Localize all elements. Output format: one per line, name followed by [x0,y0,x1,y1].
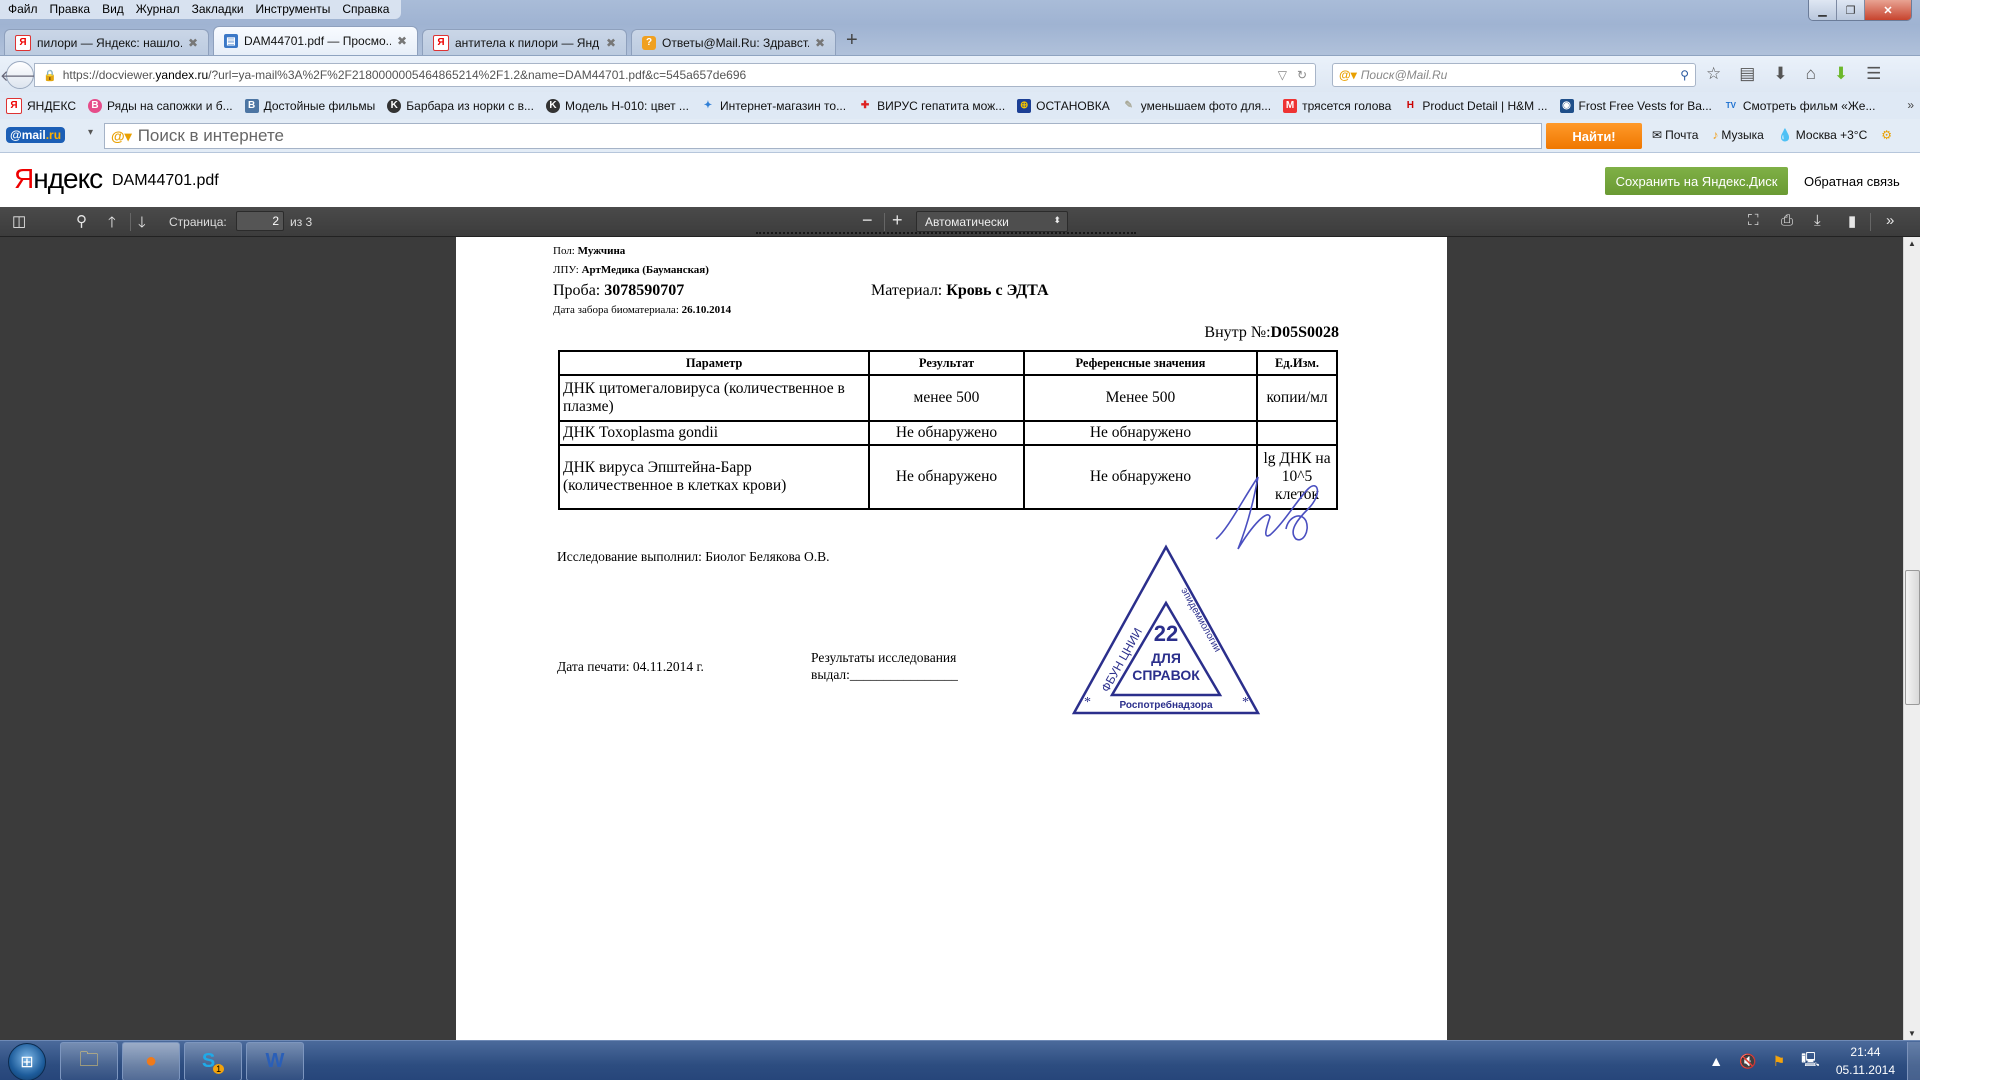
volume-muted-icon[interactable]: 🔇 [1739,1053,1756,1070]
chevron-down-icon[interactable]: ▾ [88,127,93,138]
mail-link[interactable]: ✉Почта [1652,128,1698,142]
feather-icon: ✎ [1122,99,1136,113]
close-tab-icon[interactable]: ✖ [606,36,616,50]
menu-bar: Файл Правка Вид Журнал Закладки Инструме… [0,0,401,19]
music-link[interactable]: ♪Музыка [1712,128,1763,142]
svg-text:СПРАВОК: СПРАВОК [1132,667,1200,683]
new-tab-button[interactable]: + [846,29,858,55]
tv-icon: TV [1724,99,1738,113]
start-button[interactable]: ⊞ [8,1043,46,1080]
close-tab-icon[interactable]: ✖ [188,36,198,50]
mailru-toolbar: @mail.ru ▾ @▾ Поиск в интернете Найти! ✉… [0,119,1920,153]
more-bookmarks-icon[interactable]: » [1907,98,1914,112]
collection-date-line: Дата забора биоматериала: 26.10.2014 [553,304,731,316]
mailru-logo[interactable]: @mail.ru [6,127,65,143]
restore-button[interactable]: ❐ [1837,0,1865,20]
window-titlebar: Файл Правка Вид Журнал Закладки Инструме… [0,0,1920,62]
issued-by: Результаты исследования выдал:__________… [811,649,958,683]
downloads-icon[interactable]: ⬇ [1773,64,1787,84]
internal-number: Внутр №:D05S0028 [1204,324,1339,342]
address-bar[interactable]: 🔒 https://docviewer.yandex.ru/?url=ya-ma… [34,63,1316,87]
svg-text:ДЛЯ: ДЛЯ [1151,650,1181,666]
show-desktop-button[interactable] [1907,1042,1920,1080]
bookmark-item[interactable]: HProduct Detail | H&M ... [1403,99,1547,113]
bookmark-item[interactable]: ✦Интернет-магазин то... [701,99,846,113]
scroll-up-icon: ▲ [1908,239,1916,248]
yandex-logo[interactable]: Яндекс [14,163,102,195]
reload-icon[interactable]: ↻ [1297,68,1307,82]
system-tray: ▲ 🔇 ⚑ 🖳 21:44 05.11.2014 [1709,1041,1920,1080]
settings-gear-icon[interactable]: ⚙ [1881,128,1892,142]
docviewer-header: Яндекс DAM44701.pdf Сохранить на Яндекс.… [0,153,1920,207]
tab-mailru-answers[interactable]: ? Ответы@Mail.Ru: Здравст... ✖ [631,29,836,55]
next-page-icon[interactable]: 🡓 [138,212,146,237]
k-icon: K [546,99,560,113]
bookmarks-bar: ЯЯНДЕКС BРяды на сапожки и б... BДостойн… [0,92,1920,119]
home-icon[interactable]: ⌂ [1806,64,1816,84]
close-window-button[interactable]: ✕ [1865,0,1911,20]
scroll-down-icon: ▼ [1908,1029,1916,1038]
skype-badge: 1 [213,1064,224,1074]
cut-off-heading [756,232,1136,240]
music-icon: ♪ [1712,128,1718,142]
butterfly-icon: ✦ [701,99,715,113]
medical-icon: ✚ [858,99,872,113]
clock[interactable]: 21:44 05.11.2014 [1836,1043,1895,1079]
select-arrows-icon: ⬍ [1053,215,1061,226]
save-to-disk-button[interactable]: Сохранить на Яндекс.Диск [1605,167,1788,195]
toolbar-icons: ☆ ▤ ⬇ ⌂ ⬇ ☰ [1706,64,1881,84]
weather-drop-icon: 💧 [1778,128,1793,142]
vk-icon: B [245,99,259,113]
mailru-search-icon: @▾ [1339,68,1357,82]
svg-text:*: * [1084,695,1091,710]
menu-hamburger-icon[interactable]: ☰ [1866,64,1881,84]
bookmark-icon[interactable]: ▮ [1848,212,1856,230]
download-helper-icon[interactable]: ⬇ [1834,64,1848,84]
search-icon[interactable]: ⚲ [76,212,87,230]
network-icon[interactable]: 🖳 [1801,1049,1820,1073]
k-icon: K [387,99,401,113]
tab-pdf-viewer[interactable]: ▤ DAM44701.pdf — Просмо... ✖ [213,26,418,55]
more-tools-icon[interactable]: » [1886,212,1894,229]
zoom-in-icon[interactable]: + [892,210,903,231]
download-icon[interactable]: ⤓ [1814,212,1821,229]
word-taskbar-button[interactable]: W [246,1042,304,1080]
bookmark-item[interactable]: BДостойные фильмы [245,99,376,113]
column-header: Параметр [559,351,869,375]
column-header: Референсные значения [1024,351,1257,375]
sidebar-toggle-icon[interactable]: ◫ [12,212,26,230]
bookmark-item[interactable]: ⊕ОСТАНОВКА [1017,99,1110,113]
menu-help[interactable]: Справка [336,0,395,19]
menu-file[interactable]: Файл [2,0,44,19]
page-total: из 3 [290,215,312,229]
word-icon: W [266,1050,285,1073]
firefox-taskbar-button[interactable]: ● [122,1042,180,1080]
dropdown-arrow-icon[interactable]: ▽ [1278,68,1287,82]
m-question-icon: M [1283,99,1297,113]
column-header: Результат [869,351,1024,375]
pdf-page: Пол: Мужчина ЛПУ: АртМедика (Бауманская)… [456,237,1447,1040]
target-icon: ⊕ [1017,99,1031,113]
feedback-link[interactable]: Обратная связь [1804,174,1900,189]
tab-yandex-search[interactable]: Я пилори — Яндекс: нашло... ✖ [4,29,209,55]
svg-text:22: 22 [1154,621,1178,646]
tab-strip: Я пилори — Яндекс: нашло... ✖ ▤ DAM44701… [0,25,858,55]
url-text: https://docviewer.yandex.ru/?url=ya-mail… [63,68,746,82]
envelope-icon: ✉ [1652,128,1662,142]
yandex-icon: Я [15,35,31,51]
explorer-icon: 🗀 [79,1045,99,1079]
svg-text:эпидемиологии: эпидемиологии [1178,586,1222,654]
yandex-icon: Я [433,35,449,51]
screen: Файл Правка Вид Журнал Закладки Инструме… [0,0,1920,1080]
bookmark-item[interactable]: BРяды на сапожки и б... [88,99,233,113]
search-icon[interactable]: ⚲ [1680,68,1689,82]
hm-icon: H [1403,99,1417,113]
back-button[interactable]: 🡐 [6,61,34,89]
bookmark-item[interactable]: ЯЯНДЕКС [6,98,76,114]
window-controls: ▁ ❐ ✕ [1808,0,1912,21]
print-icon[interactable]: ⎙ [1781,212,1793,229]
zoom-select[interactable]: Автоматически⬍ [916,211,1068,232]
yandex-icon: Я [6,98,22,114]
zoom-out-icon[interactable]: − [862,210,873,231]
page-number-input[interactable]: 2 [236,211,284,231]
minimize-button[interactable]: ▁ [1809,0,1837,20]
print-date: Дата печати: 04.11.2014 г. [557,659,704,675]
performed-by: Исследование выполнил: Биолог Белякова О… [557,549,830,565]
lock-icon: 🔒 [43,69,57,82]
b-logo-icon: B [88,99,102,113]
table-header-row: Параметр Результат Референсные значения … [559,351,1337,375]
laboratory-stamp: 22 ДЛЯ СПРАВОК Роспотребнадзора ФБУН ЦНИ… [1070,543,1270,723]
vertical-scrollbar[interactable]: ▲ ▼ [1903,237,1920,1040]
bookmark-item[interactable]: ✎уменьшаем фото для... [1122,99,1271,113]
material-line: Материал: Кровь с ЭДТА [871,282,1049,300]
windows-logo-icon: ⊞ [20,1052,33,1072]
previous-page-icon[interactable]: 🡑 [108,212,116,237]
page-label: Страница: [169,215,227,229]
frost-icon: ◉ [1560,99,1574,113]
scrollbar-thumb[interactable] [1905,570,1920,705]
tab-yandex-antibodies[interactable]: Я антитела к пилори — Янд... ✖ [422,29,627,55]
fullscreen-icon[interactable]: ⛶ [1748,212,1759,229]
mailru-search-icon: @▾ [111,128,132,145]
bookmark-item[interactable]: KМодель Н-010: цвет ... [546,99,689,113]
document-icon: ▤ [224,34,238,48]
reading-list-icon[interactable]: ▤ [1739,64,1755,84]
menu-edit[interactable]: Правка [44,0,97,19]
weather-link[interactable]: 💧Москва +3°C [1778,128,1867,142]
alert-flag-icon[interactable]: ⚑ [1773,1053,1786,1070]
show-hidden-icons[interactable]: ▲ [1709,1053,1723,1069]
column-header: Ед.Изм. [1257,351,1337,375]
windows-taskbar: ⊞ 🗀 ● S1 W ▲ 🔇 ⚑ 🖳 21:44 05.11.2014 [0,1040,1920,1080]
bookmark-item[interactable]: Mтрясется голова [1283,99,1391,113]
skype-taskbar-button[interactable]: S1 [184,1042,242,1080]
bookmark-star-icon[interactable]: ☆ [1706,64,1721,84]
close-tab-icon[interactable]: ✖ [815,36,825,50]
explorer-taskbar-button[interactable]: 🗀 [60,1042,118,1080]
menu-view[interactable]: Вид [96,0,130,19]
internet-search-input[interactable]: @▾ Поиск в интернете [104,123,1542,149]
search-box[interactable]: @▾ Поиск@Mail.Ru ⚲ [1332,63,1696,87]
sex-line: Пол: Мужчина [553,245,625,257]
navigation-bar: 🡐 🔒 https://docviewer.yandex.ru/?url=ya-… [0,55,1920,93]
menu-history[interactable]: Журнал [130,0,186,19]
firefox-icon: ● [145,1050,157,1073]
signature [1208,469,1328,569]
lpu-line: ЛПУ: АртМедика (Бауманская) [553,264,709,276]
bookmark-item[interactable]: ✚ВИРУС гепатита мож... [858,99,1005,113]
sample-line: Проба: 3078590707 [553,282,684,300]
question-icon: ? [642,36,656,50]
svg-text:*: * [1242,695,1249,710]
close-tab-icon[interactable]: ✖ [397,34,407,48]
bookmark-item[interactable]: TVСмотреть фильм «Же... [1724,99,1876,113]
bookmark-item[interactable]: ◉Frost Free Vests for Ba... [1560,99,1712,113]
menu-tools[interactable]: Инструменты [250,0,337,19]
svg-text:Роспотребнадзора: Роспотребнадзора [1119,699,1212,711]
table-row: ДНК Toxoplasma gondii Не обнаружено Не о… [559,421,1337,445]
bookmark-item[interactable]: KБарбара из норки с в... [387,99,534,113]
menu-bookmarks[interactable]: Закладки [186,0,250,19]
table-row: ДНК цитомегаловируса (количественное в п… [559,375,1337,421]
find-button[interactable]: Найти! [1546,123,1642,149]
svg-text:ФБУН ЦНИИ: ФБУН ЦНИИ [1098,625,1145,694]
search-placeholder: Поиск@Mail.Ru [1361,68,1448,82]
file-name: DAM44701.pdf [112,172,219,190]
